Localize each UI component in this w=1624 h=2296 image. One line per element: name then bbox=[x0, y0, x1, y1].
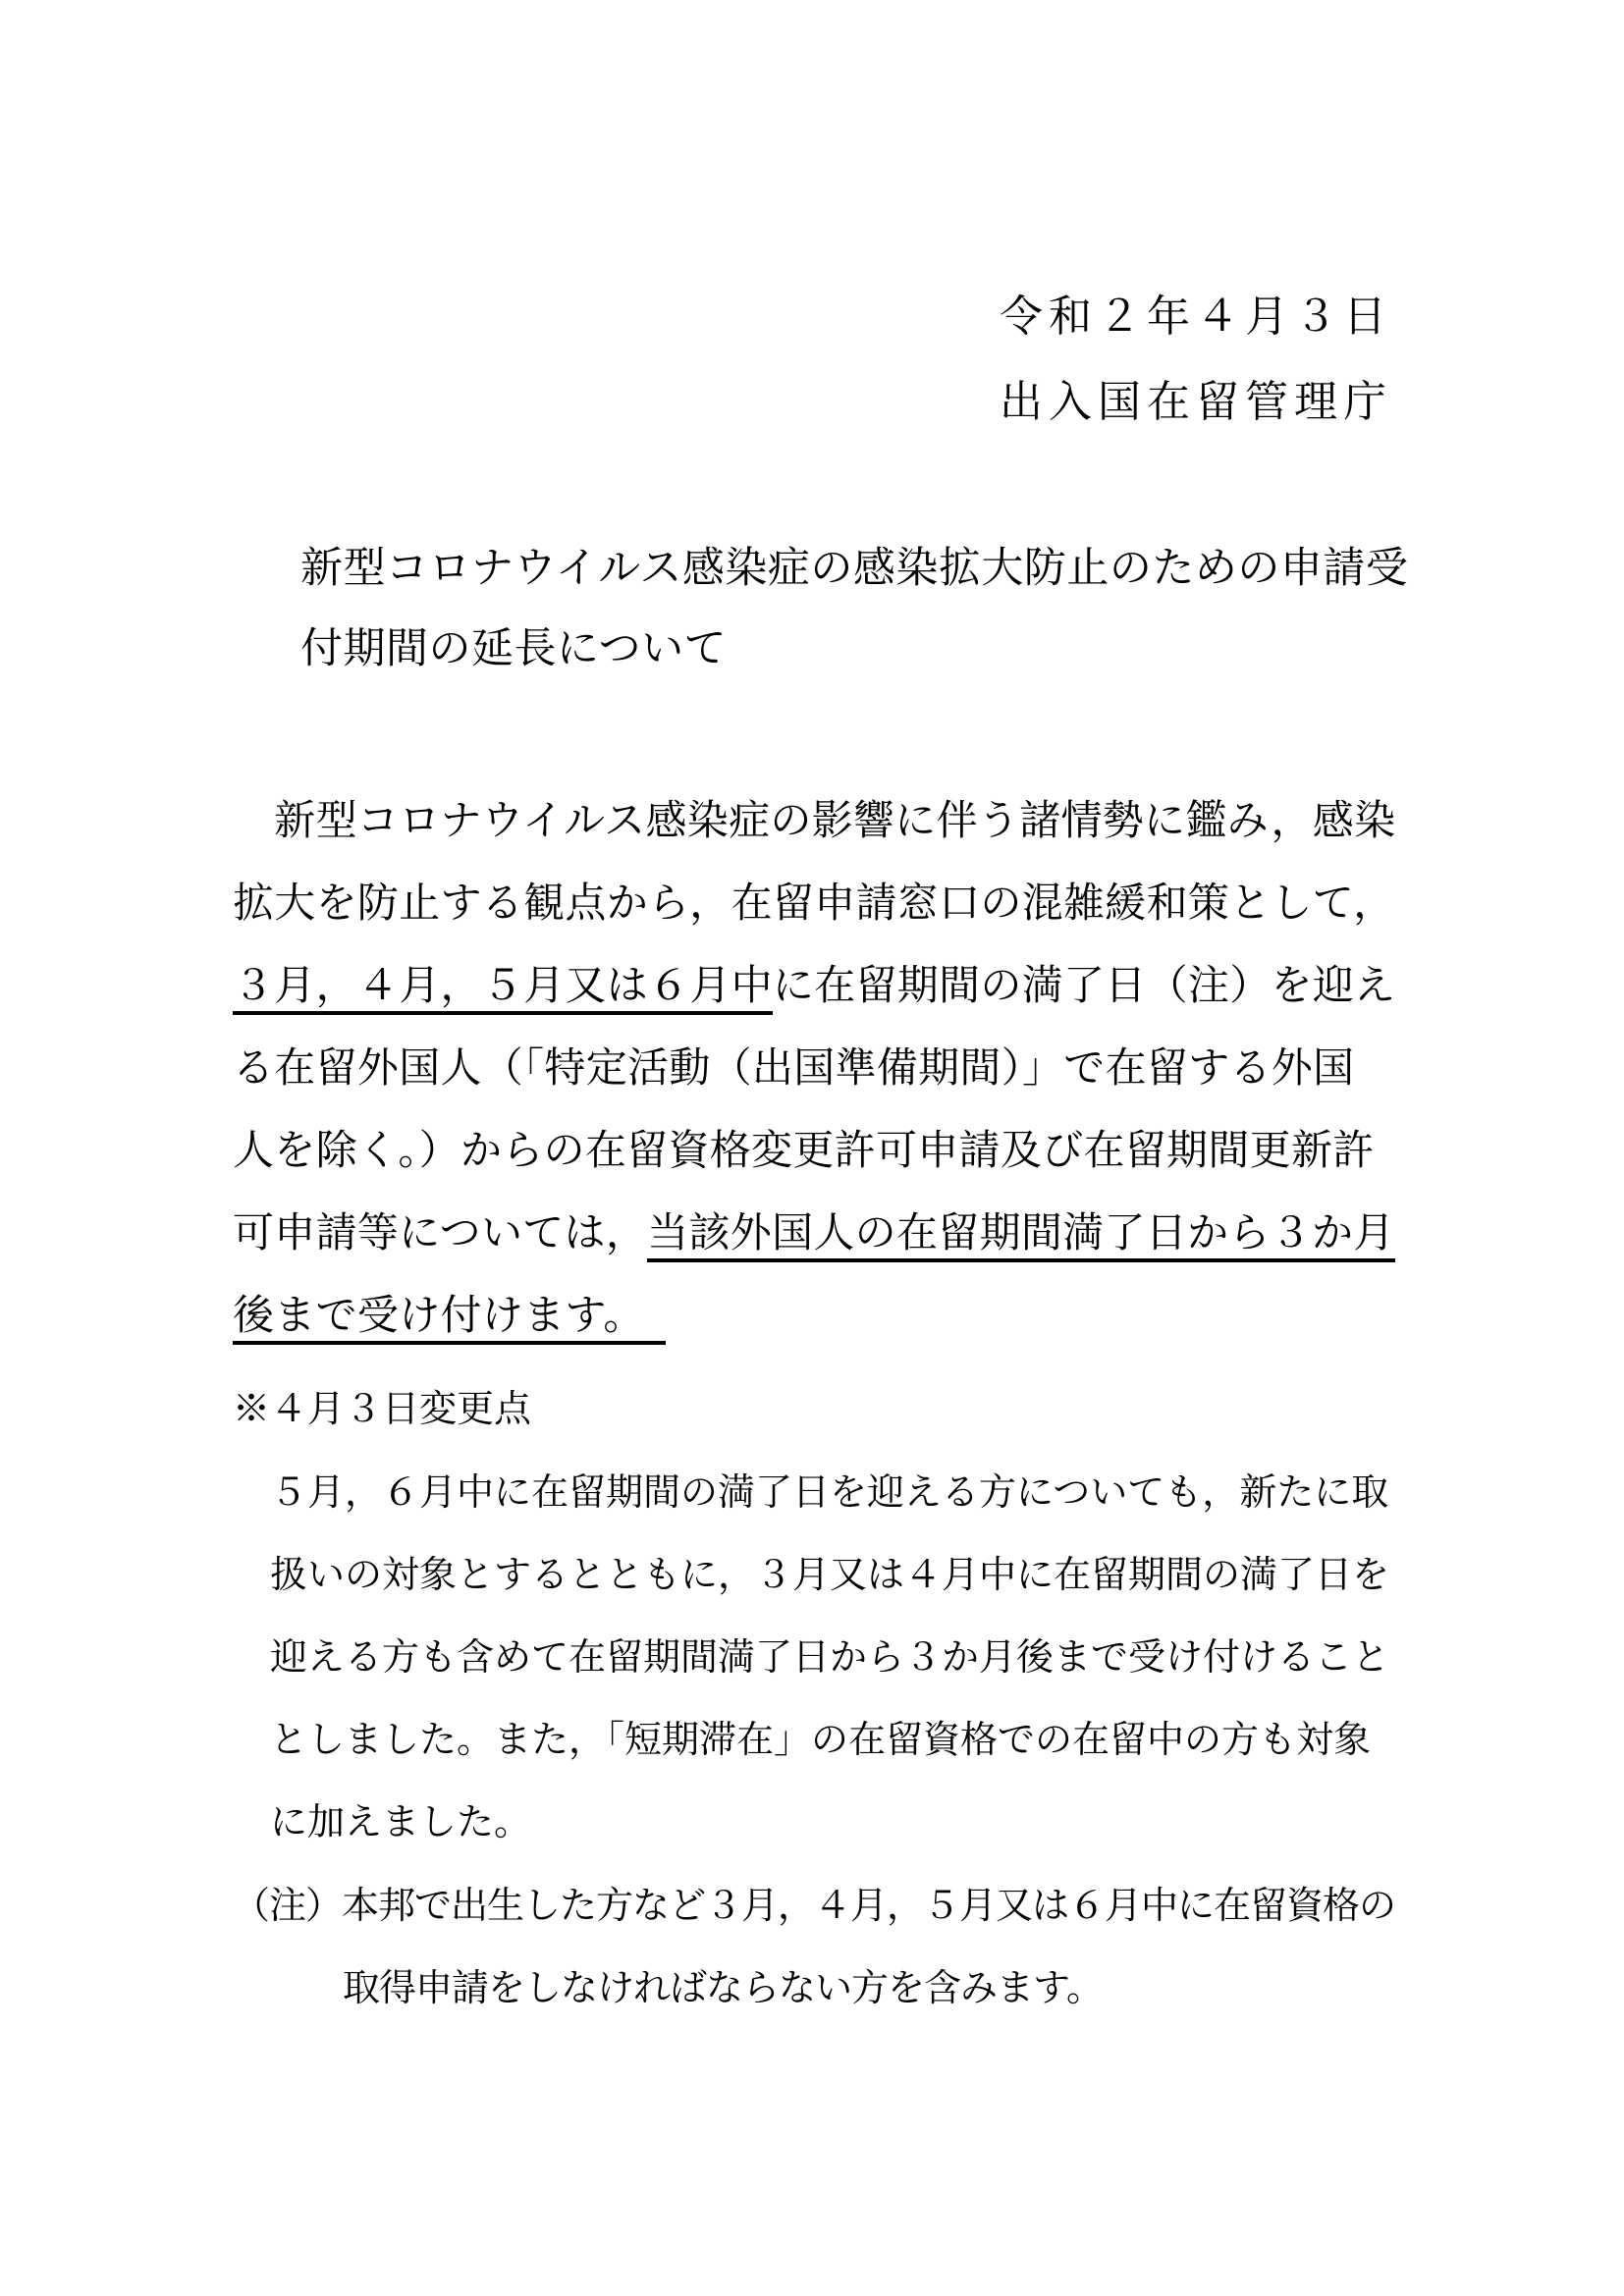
underlined-text: 当該外国人の在留期間満了日から３か月 bbox=[647, 1209, 1394, 1262]
document-page: 令和２年４月３日 出入国在留管理庁 新型コロナウイルス感染症の感染拡大防止のため… bbox=[0, 0, 1624, 2296]
issuer-line: 出入国在留管理庁 bbox=[1000, 359, 1392, 445]
text-segment: 付期間の延長について bbox=[300, 625, 727, 672]
text-line: 扱いの対象とするとともに，３月又は４月中に在留期間の満了日を bbox=[270, 1534, 1389, 1617]
text-segment: る在留外国人（「特定活動（出国準備期間）」で在留する外国 bbox=[233, 1044, 1354, 1091]
underlined-text: 後まで受け付けます。 bbox=[233, 1292, 666, 1345]
text-line: ３月，４月，５月又は６月中に在留期間の満了日（注）を迎え bbox=[233, 944, 1395, 1027]
text-line: 拡大を防止する観点から，在留申請窓口の混雑緩和策として， bbox=[233, 862, 1395, 944]
document-header: 令和２年４月３日 出入国在留管理庁 bbox=[1000, 274, 1392, 445]
text-line: としました。また，「短期滞在」の在留資格での在留中の方も対象 bbox=[270, 1699, 1389, 1782]
text-line: 可申請等については，当該外国人の在留期間満了日から３か月 bbox=[233, 1192, 1395, 1274]
date-line: 令和２年４月３日 bbox=[1000, 274, 1392, 359]
footnote: （注）本邦で出生した方など３月，４月，５月又は６月中に在留資格の取得申請をしなけ… bbox=[233, 1865, 1395, 2030]
text-line: 新型コロナウイルス感染症の影響に伴う諸情勢に鑑み，感染 bbox=[233, 779, 1395, 862]
change-note-body: ５月，６月中に在留期間の満了日を迎える方についても，新たに取扱いの対象とするとと… bbox=[270, 1452, 1389, 1864]
text-segment: （注）本邦で出生した方など３月，４月，５月又は６月中に在留資格の bbox=[233, 1886, 1395, 1927]
text-line: 人を除く。）からの在留資格変更許可申請及び在留期間更新許 bbox=[233, 1109, 1395, 1192]
text-line: 後まで受け付けます。 bbox=[233, 1274, 1395, 1357]
text-line: 付期間の延長について bbox=[300, 609, 1408, 689]
document-title: 新型コロナウイルス感染症の感染拡大防止のための申請受付期間の延長について bbox=[300, 528, 1408, 689]
text-segment: に加えました。 bbox=[270, 1802, 531, 1843]
main-paragraph: 新型コロナウイルス感染症の影響に伴う諸情勢に鑑み，感染拡大を防止する観点から，在… bbox=[233, 779, 1395, 1357]
text-line: 取得申請をしなければならない方を含みます。 bbox=[233, 1948, 1395, 2030]
text-segment: 可申請等については， bbox=[233, 1209, 647, 1255]
text-segment: としました。また，「短期滞在」の在留資格での在留中の方も対象 bbox=[270, 1720, 1371, 1761]
text-line: 迎える方も含めて在留期間満了日から３か月後まで受け付けること bbox=[270, 1617, 1389, 1699]
underlined-text: ３月，４月，５月又は６月中 bbox=[233, 962, 773, 1015]
text-segment: 拡大を防止する観点から，在留申請窓口の混雑緩和策として， bbox=[233, 880, 1395, 926]
text-segment: 新型コロナウイルス感染症の感染拡大防止のための申請受 bbox=[300, 545, 1408, 592]
text-line: 新型コロナウイルス感染症の感染拡大防止のための申請受 bbox=[300, 528, 1408, 609]
text-segment: 扱いの対象とするとともに，３月又は４月中に在留期間の満了日を bbox=[270, 1555, 1389, 1596]
text-segment: 取得申請をしなければならない方を含みます。 bbox=[343, 1968, 1103, 2009]
text-line: に加えました。 bbox=[270, 1782, 1389, 1864]
text-segment: 新型コロナウイルス感染症の影響に伴う諸情勢に鑑み，感染 bbox=[233, 797, 1395, 843]
text-segment: 人を除く。）からの在留資格変更許可申請及び在留期間更新許 bbox=[233, 1127, 1375, 1173]
text-segment: に在留期間の満了日（注）を迎え bbox=[773, 962, 1396, 1008]
text-segment: 迎える方も含めて在留期間満了日から３か月後まで受け付けること bbox=[270, 1637, 1389, 1679]
text-line: ５月，６月中に在留期間の満了日を迎える方についても，新たに取 bbox=[270, 1452, 1389, 1534]
change-note-heading: ※４月３日変更点 bbox=[233, 1368, 531, 1451]
text-line: （注）本邦で出生した方など３月，４月，５月又は６月中に在留資格の bbox=[233, 1865, 1395, 1948]
text-line: る在留外国人（「特定活動（出国準備期間）」で在留する外国 bbox=[233, 1027, 1395, 1109]
text-segment: ５月，６月中に在留期間の満了日を迎える方についても，新たに取 bbox=[270, 1472, 1388, 1514]
